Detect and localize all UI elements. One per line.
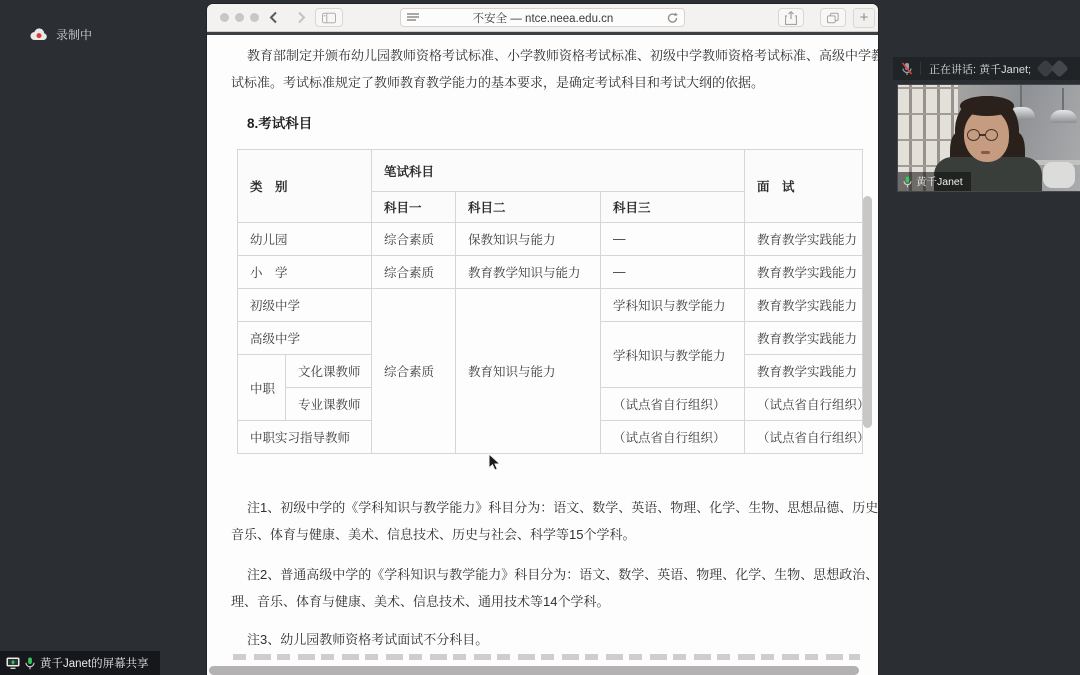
section-heading: 8.考试科目: [247, 112, 312, 132]
address-bar[interactable]: 不安全 — ntce.neea.edu.cn: [400, 8, 685, 27]
cell-subject1-merged: 综合素质: [372, 289, 456, 454]
header-interview: 面 试: [745, 150, 863, 223]
active-mic-icon: [903, 176, 912, 188]
cell-category: 小 学: [238, 256, 372, 289]
address-text: 不安全 — ntce.neea.edu.cn: [423, 10, 663, 26]
cell-subject2: 保教知识与能力: [456, 223, 601, 256]
muted-mic-icon: [901, 62, 913, 76]
header-subject1: 科目一: [372, 192, 456, 223]
note-line: 音乐、体育与健康、美术、信息技术、历史与社会、科学等15个学科。: [231, 521, 878, 548]
person-hair: [960, 96, 1014, 116]
forward-button[interactable]: [291, 8, 311, 27]
note-line: 注1、初级中学的《学科知识与教学能力》科目分为：语文、数学、英语、物理、化学、生…: [231, 494, 878, 521]
participant-name: 黄千Janet: [916, 174, 963, 189]
table-row: 初级中学 综合素质 教育知识与能力 学科知识与教学能力 教育教学实践能力: [238, 289, 863, 322]
browser-window: 不安全 — ntce.neea.edu.cn + 教育部制定并颁布幼儿园教师资格…: [207, 4, 878, 675]
sidebar-toggle-button[interactable]: [315, 8, 343, 27]
cell-category: 中职实习指导教师: [238, 421, 372, 454]
screen-share-icon: [6, 657, 20, 669]
cell-subject3: —: [601, 256, 745, 289]
note-2: 注2、普通高级中学的《学科知识与教学能力》科目分为：语文、数学、英语、物理、化学…: [231, 561, 878, 615]
cell-subject3: （试点省自行组织）: [601, 388, 745, 421]
cell-subcategory: 专业课教师: [286, 388, 372, 421]
cell-subject2: 教育教学知识与能力: [456, 256, 601, 289]
back-button[interactable]: [263, 8, 283, 27]
note-1: 注1、初级中学的《学科知识与教学能力》科目分为：语文、数学、英语、物理、化学、生…: [231, 494, 878, 548]
cell-subject3: —: [601, 223, 745, 256]
paragraph-line: 教育部制定并颁布幼儿园教师资格考试标准、小学教师资格考试标准、初级中学教师资格考…: [231, 42, 878, 69]
recording-label: 录制中: [56, 26, 92, 43]
note-line: 理、音乐、体育与健康、美术、信息技术、通用技术等14个学科。: [231, 588, 878, 615]
participant-name-badge: 黄千Janet: [898, 172, 971, 191]
screen-share-badge: 黄千Janet的屏幕共享: [0, 651, 160, 675]
document-page: 教育部制定并颁布幼儿园教师资格考试标准、小学教师资格考试标准、初级中学教师资格考…: [207, 35, 878, 675]
header-subject3: 科目三: [601, 192, 745, 223]
note-3: 注3、幼儿园教师资格考试面试不分科目。: [231, 626, 878, 653]
participant-video[interactable]: 黄千Janet: [897, 84, 1080, 192]
recording-indicator: 录制中: [30, 26, 92, 43]
zoom-window-icon[interactable]: [250, 13, 259, 22]
browser-toolbar: 不安全 — ntce.neea.edu.cn +: [207, 4, 878, 32]
new-tab-button[interactable]: +: [853, 8, 875, 28]
reader-icon[interactable]: [407, 13, 419, 23]
screen-share-label: 黄千Janet的屏幕共享: [40, 655, 149, 671]
speaking-indicator-bar: 正在讲话: 黄千Janet;: [893, 57, 1080, 80]
cell-interview: 教育教学实践能力: [745, 223, 863, 256]
meeting-screen: 录制中 不安全 — ntce.neea.edu.cn: [0, 0, 1080, 675]
person-mouth: [981, 151, 990, 154]
table-row: 小 学 综合素质 教育教学知识与能力 — 教育教学实践能力: [238, 256, 863, 289]
cell-category: 高级中学: [238, 322, 372, 355]
glasses-icon: [985, 129, 998, 141]
header-category: 类 别: [238, 150, 372, 223]
note-line: 注3、幼儿园教师资格考试面试不分科目。: [231, 626, 878, 653]
watermark-logo-icon: [1035, 60, 1075, 77]
cell-category: 幼儿园: [238, 223, 372, 256]
cell-category: 中职: [238, 355, 286, 421]
speaking-text: 正在讲话: 黄千Janet;: [929, 61, 1031, 77]
active-mic-icon: [25, 657, 35, 670]
cell-subject2-merged: 教育知识与能力: [456, 289, 601, 454]
chair-silhouette: [1043, 162, 1075, 188]
header-written: 笔试科目: [372, 150, 745, 192]
minimize-window-icon[interactable]: [235, 13, 244, 22]
glasses-icon: [979, 134, 985, 136]
note-line: 注2、普通高级中学的《学科知识与教学能力》科目分为：语文、数学、英语、物理、化学…: [231, 561, 878, 588]
clipped-text-line: [233, 654, 860, 660]
exam-subjects-table: 类 别 笔试科目 面 试 科目一 科目二 科目三 幼儿园 综合素质 保教知识与能…: [237, 149, 863, 454]
cell-interview: 教育教学实践能力: [745, 289, 863, 322]
reload-icon[interactable]: [667, 12, 678, 24]
cell-subject3: （试点省自行组织）: [601, 421, 745, 454]
cell-interview: 教育教学实践能力: [745, 355, 863, 388]
cell-subject3-merged: 学科知识与教学能力: [601, 322, 745, 388]
window-controls: [220, 13, 259, 22]
cell-category: 初级中学: [238, 289, 372, 322]
cell-interview: 教育教学实践能力: [745, 322, 863, 355]
share-button[interactable]: [778, 8, 804, 27]
cell-interview: （试点省自行组织）: [745, 421, 863, 454]
mouse-cursor-icon: [488, 453, 501, 472]
divider: [920, 62, 921, 75]
table-row: 幼儿园 综合素质 保教知识与能力 — 教育教学实践能力: [238, 223, 863, 256]
cloud-record-icon: [30, 28, 48, 41]
cell-subcategory: 文化课教师: [286, 355, 372, 388]
vertical-scrollbar[interactable]: [863, 196, 872, 428]
intro-paragraph: 教育部制定并颁布幼儿园教师资格考试标准、小学教师资格考试标准、初级中学教师资格考…: [231, 42, 878, 96]
cell-subject1: 综合素质: [372, 223, 456, 256]
cell-interview: 教育教学实践能力: [745, 256, 863, 289]
pendant-lamp: [1050, 110, 1077, 123]
cell-interview: （试点省自行组织）: [745, 388, 863, 421]
header-subject2: 科目二: [456, 192, 601, 223]
close-window-icon[interactable]: [220, 13, 229, 22]
horizontal-scrollbar[interactable]: [209, 666, 859, 675]
tabs-overview-button[interactable]: [820, 8, 846, 27]
cell-subject1: 综合素质: [372, 256, 456, 289]
cell-subject3: 学科知识与教学能力: [601, 289, 745, 322]
paragraph-line: 试标准。考试标准规定了教师教育教学能力的基本要求，是确定考试科目和考试大纲的依据…: [231, 69, 878, 96]
